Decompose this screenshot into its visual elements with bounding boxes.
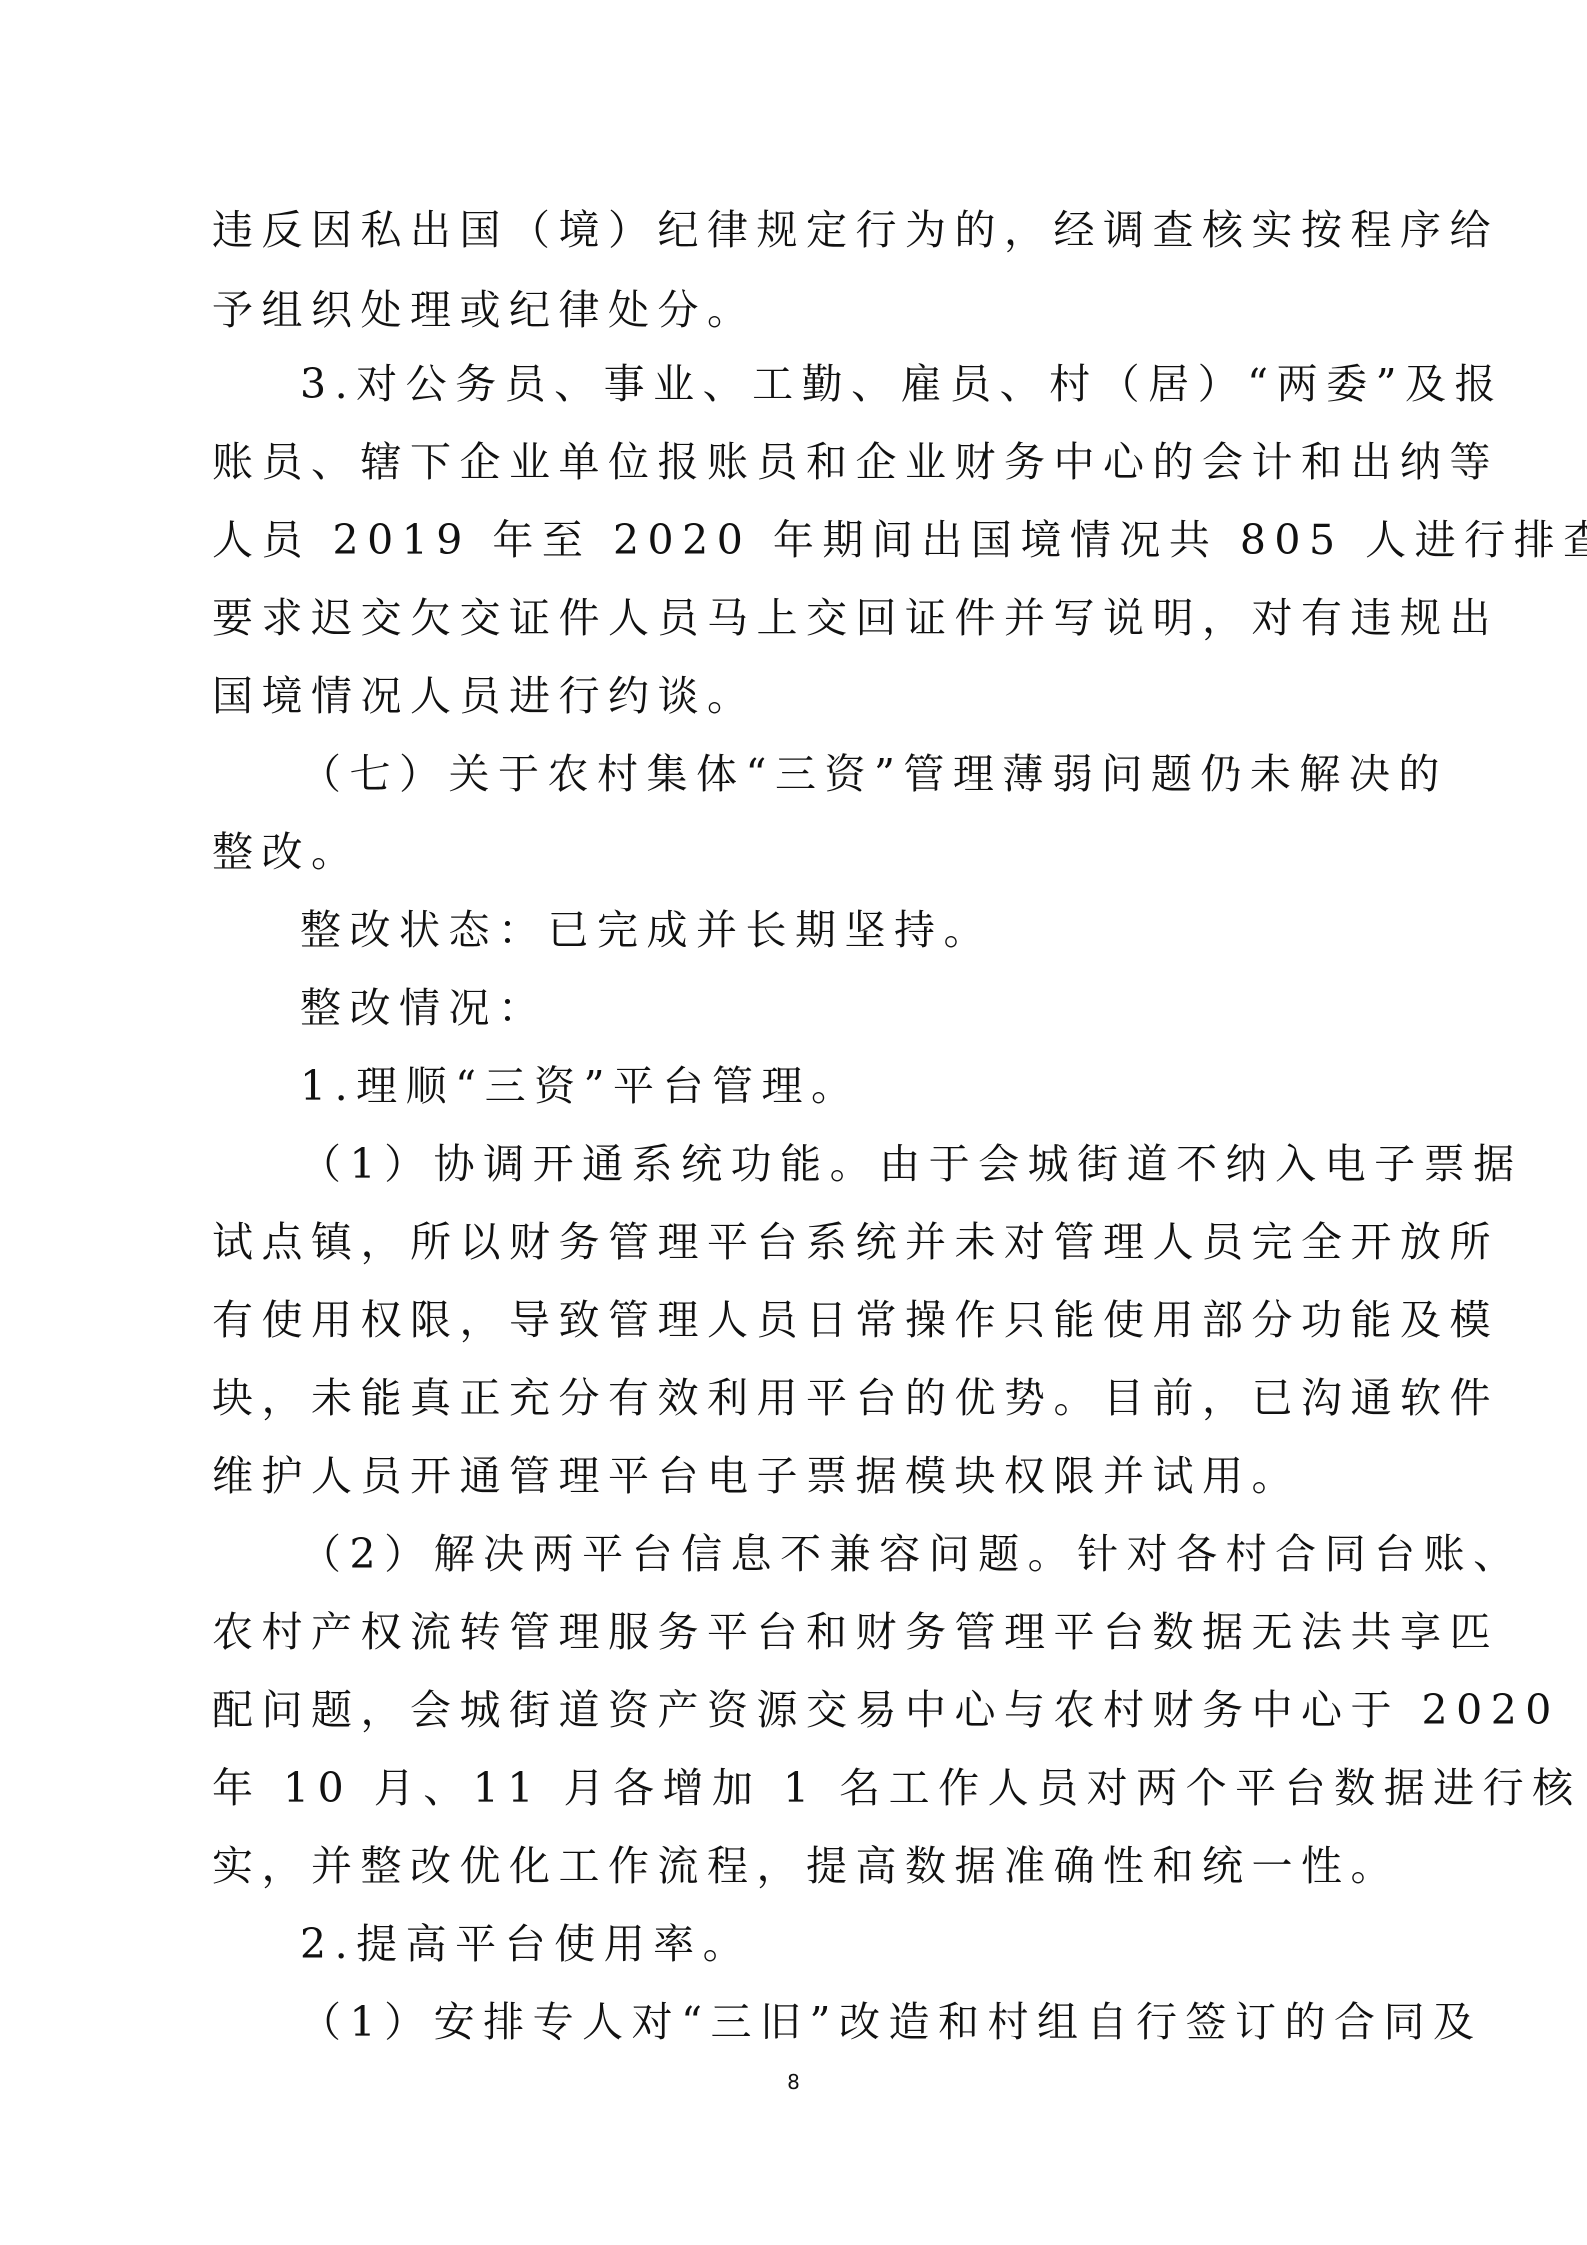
text-line: 试点镇，所以财务管理平台系统并未对管理人员完全开放所 bbox=[212, 1218, 1392, 1266]
text-line: 农村产权流转管理服务平台和财务管理平台数据无法共享匹 bbox=[212, 1608, 1392, 1656]
text-line: 配问题，会城街道资产资源交易中心与农村财务中心于 2020 bbox=[212, 1686, 1392, 1734]
text-line: 实，并整改优化工作流程，提高数据准确性和统一性。 bbox=[212, 1842, 1392, 1890]
text-line: 1.理顺“三资”平台管理。 bbox=[300, 1062, 1392, 1110]
text-line: 账员、辖下企业单位报账员和企业财务中心的会计和出纳等 bbox=[212, 438, 1392, 486]
text-line: 2.提高平台使用率。 bbox=[300, 1920, 1392, 1968]
text-line: 维护人员开通管理平台电子票据模块权限并试用。 bbox=[212, 1452, 1392, 1500]
text-line: 人员 2019 年至 2020 年期间出国境情况共 805 人进行排查， bbox=[212, 516, 1392, 564]
text-line: 整改。 bbox=[212, 828, 1392, 876]
text-line: 3.对公务员、事业、工勤、雇员、村（居）“两委”及报 bbox=[300, 360, 1392, 408]
document-page: 违反因私出国（境）纪律规定行为的，经调查核实按程序给予组织处理或纪律处分。3.对… bbox=[0, 0, 1587, 2245]
text-line: 块，未能真正充分有效利用平台的优势。目前，已沟通软件 bbox=[212, 1374, 1392, 1422]
text-line: （2）解决两平台信息不兼容问题。针对各村合同台账、 bbox=[300, 1530, 1392, 1578]
text-line: 予组织处理或纪律处分。 bbox=[212, 286, 1392, 334]
text-line: （1）安排专人对“三旧”改造和村组自行签订的合同及 bbox=[300, 1998, 1392, 2046]
text-line: 整改情况： bbox=[300, 984, 1392, 1032]
text-line: 要求迟交欠交证件人员马上交回证件并写说明，对有违规出 bbox=[212, 594, 1392, 642]
text-line: （七）关于农村集体“三资”管理薄弱问题仍未解决的 bbox=[300, 750, 1392, 798]
page-number: 8 bbox=[0, 2070, 1587, 2094]
text-line: 有使用权限，导致管理人员日常操作只能使用部分功能及模 bbox=[212, 1296, 1392, 1344]
text-line: 国境情况人员进行约谈。 bbox=[212, 672, 1392, 720]
text-line: 整改状态：已完成并长期坚持。 bbox=[300, 906, 1392, 954]
text-line: 年 10 月、11 月各增加 1 名工作人员对两个平台数据进行核 bbox=[212, 1764, 1392, 1812]
text-line: （1）协调开通系统功能。由于会城街道不纳入电子票据 bbox=[300, 1140, 1392, 1188]
text-line: 违反因私出国（境）纪律规定行为的，经调查核实按程序给 bbox=[212, 206, 1392, 254]
